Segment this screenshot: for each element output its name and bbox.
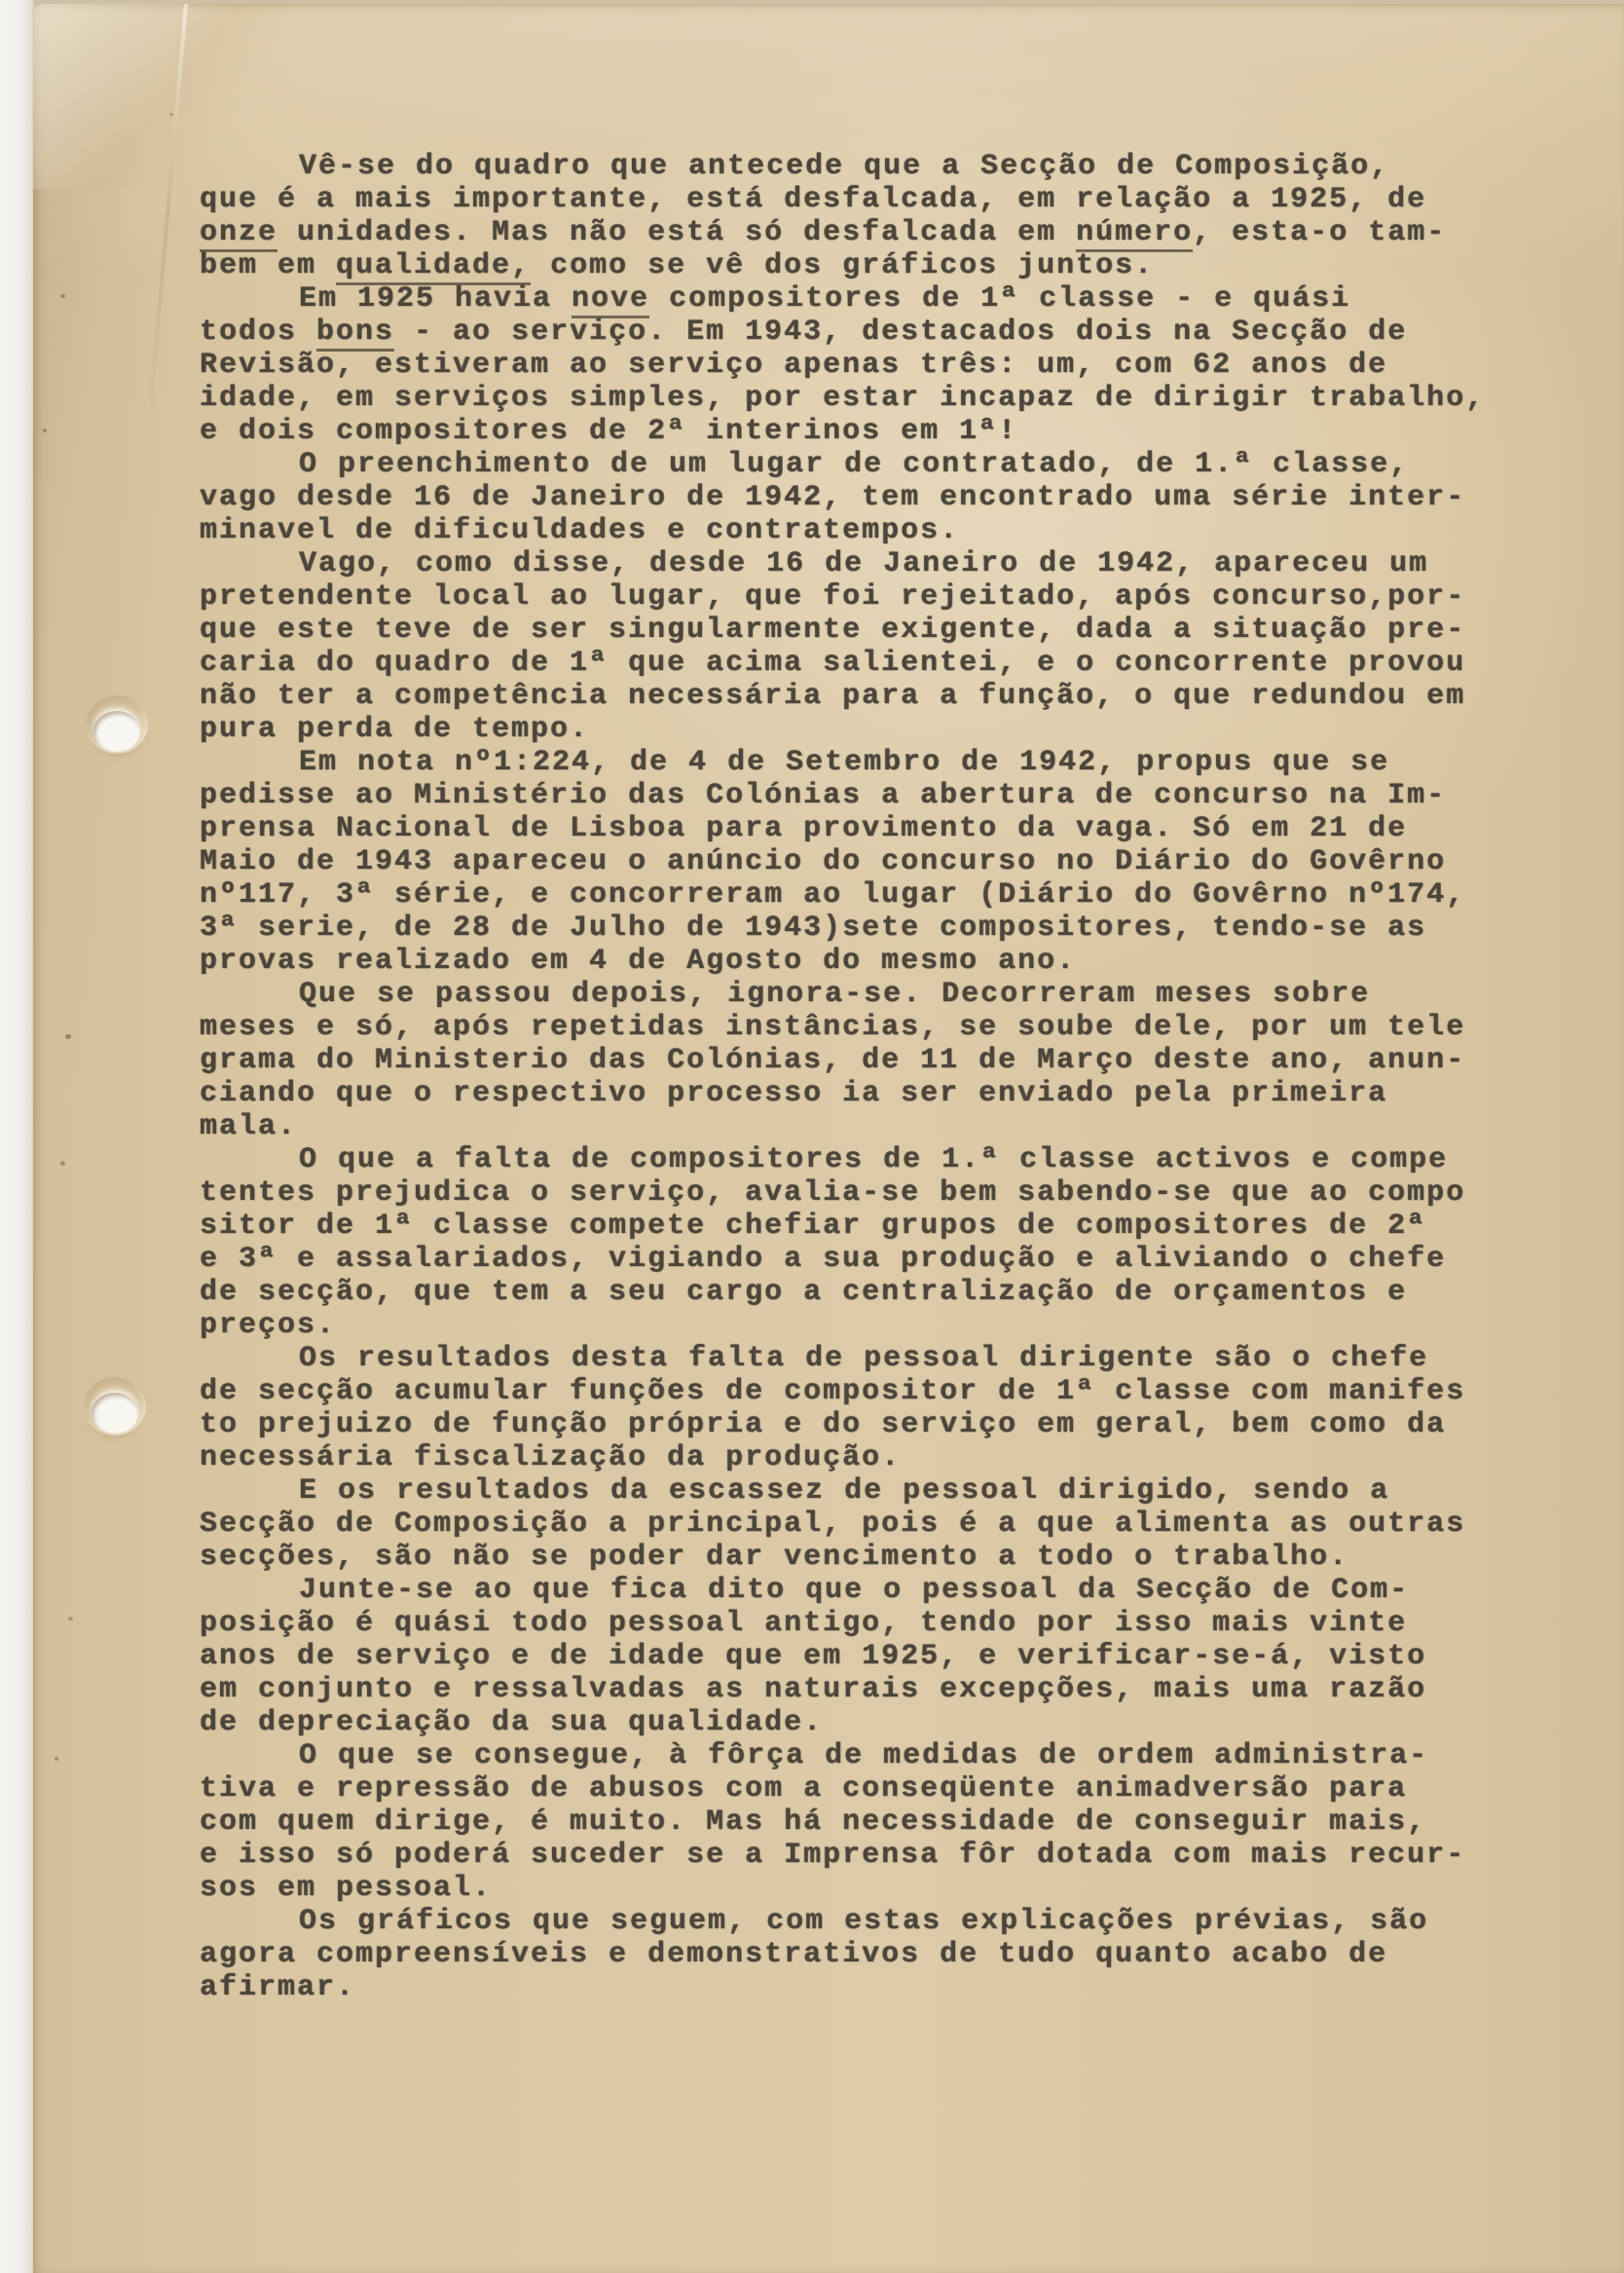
paragraph-text: O preenchimento de um lugar de contratad…: [200, 448, 1465, 547]
paragraph-9: E os resultados da escassez de pessoal d…: [200, 1474, 1572, 1574]
punch-hole-icon: [93, 711, 140, 752]
paragraph-8: Os resultados desta falta de pessoal dir…: [200, 1342, 1572, 1474]
paper-speck: [65, 1034, 71, 1039]
scan-background: Vê-se do quadro que antecede que a Secçã…: [0, 0, 1624, 2273]
paragraph-text: O que a falta de compositores de 1.ª cla…: [200, 1143, 1465, 1342]
paragraph-text: Que se passou depois, ignora-se. Decorre…: [200, 978, 1465, 1143]
paragraph-text: Em nota nº1:224, de 4 de Setembro de 194…: [200, 746, 1465, 978]
paragraph-text: O que se consegue, à fôrça de medidas de…: [200, 1739, 1465, 1905]
paper-speck: [60, 294, 65, 298]
paragraph-1: Vê-se do quadro que antecede que a Secçã…: [200, 150, 1572, 282]
underlined-word: onze: [200, 216, 277, 252]
paper-speck: [43, 429, 47, 432]
paragraph-text: E os resultados da escassez de pessoal d…: [200, 1474, 1465, 1574]
underlined-word: qualidade,: [336, 249, 531, 285]
paragraph-4: Vago, como disse, desde 16 de Janeiro de…: [200, 547, 1572, 746]
paper-speck: [55, 1757, 58, 1761]
paragraph-text: unidades. Mas não está só desfalcada em: [277, 216, 1076, 249]
paragraph-text: Vago, como disse, desde 16 de Janeiro de…: [200, 547, 1465, 746]
paragraph-12: Os gráficos que seguem, com estas explic…: [200, 1905, 1572, 2004]
paragraph-text: Vê-se do quadro que antecede que a Secçã…: [200, 150, 1426, 216]
paragraph-text: Os gráficos que seguem, com estas explic…: [200, 1905, 1428, 2004]
paragraph-3: O preenchimento de um lugar de contratad…: [200, 448, 1572, 547]
paragraph-7: O que a falta de compositores de 1.ª cla…: [200, 1143, 1572, 1342]
paragraph-text: Em 1925 havia: [299, 282, 572, 316]
paper-speck: [169, 113, 173, 116]
paper-speck: [68, 1617, 73, 1621]
paragraph-text: como se vê dos gráficos juntos.: [531, 249, 1154, 282]
paragraph-11: O que se consegue, à fôrça de medidas de…: [200, 1739, 1572, 1905]
paper-crease: [143, 4, 188, 470]
paragraph-2: Em 1925 havia nove compositores de 1ª cl…: [200, 282, 1572, 448]
paragraph-text: Junte-se ao que fica dito que o pessoal …: [200, 1574, 1426, 1739]
paper-speck: [60, 1161, 65, 1166]
paragraph-10: Junte-se ao que fica dito que o pessoal …: [200, 1574, 1572, 1739]
underlined-word: nove: [572, 282, 649, 318]
underlined-word: número: [1076, 216, 1193, 252]
document-page: Vê-se do quadro que antecede que a Secçã…: [33, 4, 1624, 2273]
paragraph-5: Em nota nº1:224, de 4 de Setembro de 194…: [200, 746, 1572, 978]
paragraph-6: Que se passou depois, ignora-se. Decorre…: [200, 978, 1572, 1143]
paragraph-text: Os resultados desta falta de pessoal dir…: [200, 1342, 1465, 1474]
underlined-word: bons: [316, 316, 394, 352]
typewritten-text: Vê-se do quadro que antecede que a Secçã…: [200, 150, 1572, 2004]
punch-hole-icon: [92, 1393, 138, 1434]
